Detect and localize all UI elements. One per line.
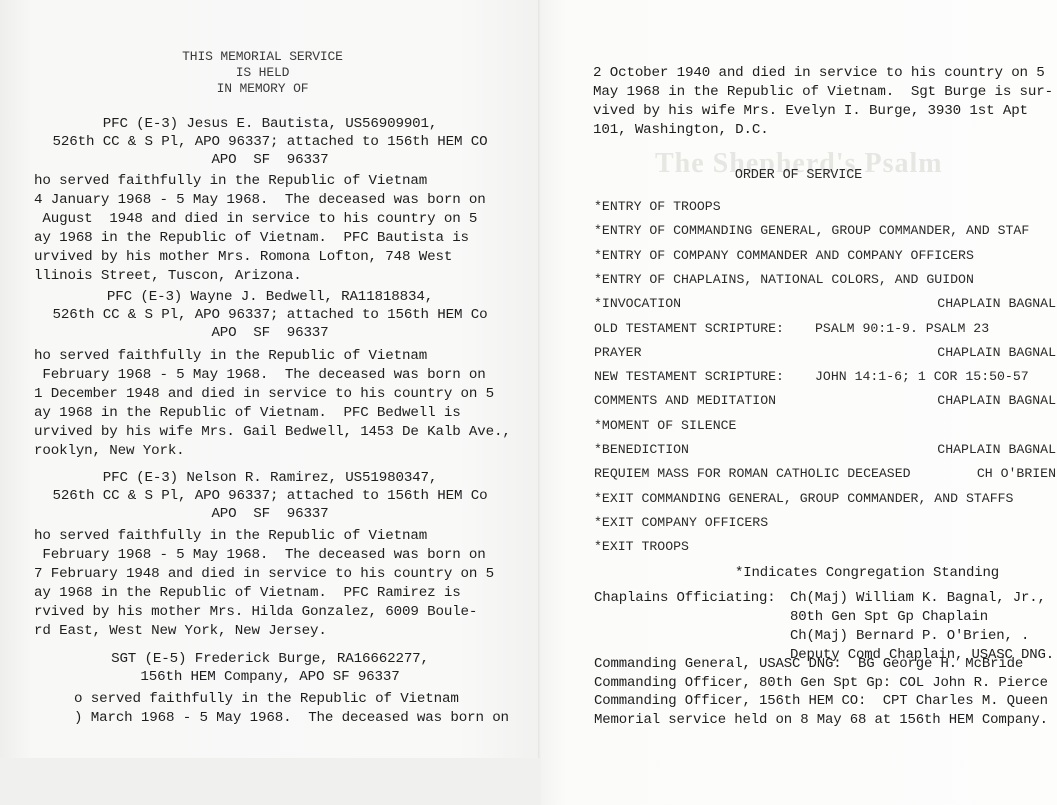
chaplain-line: Ch(Maj) William K. Bagnal, Jr., xyxy=(790,589,1046,608)
service-item-label: *EXIT COMPANY OFFICERS xyxy=(594,515,768,530)
service-item-label: COMMENTS AND MEDITATION xyxy=(594,393,776,408)
service-item-label: NEW TESTAMENT SCRIPTURE: xyxy=(594,369,784,384)
honoree-body-line: ) March 1968 - 5 May 1968. The deceased … xyxy=(74,709,509,728)
officiant: CHAPLAIN BAGNAL xyxy=(937,296,1056,311)
service-item-label: *ENTRY OF TROOPS xyxy=(594,199,721,214)
honoree-body-line: ay 1968 in the Republic of Vietnam. PFC … xyxy=(34,584,461,603)
memorial-header-line-3: IN MEMORY OF xyxy=(0,81,525,97)
honoree-body-line: llinois Street, Tuscon, Arizona. xyxy=(34,267,302,286)
honoree-heading-line: PFC (E-3) Wayne J. Bedwell, RA11818834, xyxy=(0,288,540,307)
honoree-body-line: 7 February 1948 and died in service to h… xyxy=(34,565,494,584)
page-shadow xyxy=(0,758,540,805)
scripture-reference: PSALM 90:1-9. PSALM 23 xyxy=(815,321,989,336)
standing-note: *Indicates Congregation Standing xyxy=(735,564,999,583)
continuation-line: 2 October 1940 and died in service to hi… xyxy=(593,64,1045,83)
honoree-body-line: rooklyn, New York. xyxy=(34,442,185,461)
honoree-heading-line: 526th CC & S Pl, APO 96337; attached to … xyxy=(0,306,540,325)
honoree-body-line: August 1948 and died in service to his c… xyxy=(34,210,477,229)
honoree-body-line: rvived by his mother Mrs. Hilda Gonzalez… xyxy=(34,603,477,622)
order-of-service-item: *BENEDICTIONCHAPLAIN BAGNAL xyxy=(594,442,1056,461)
service-item-label: *BENEDICTION xyxy=(594,442,689,457)
officiant: CHAPLAIN BAGNAL xyxy=(937,393,1056,408)
order-of-service-item: OLD TESTAMENT SCRIPTURE:PSALM 90:1-9. PS… xyxy=(594,321,1056,340)
order-of-service-item: COMMENTS AND MEDITATIONCHAPLAIN BAGNAL xyxy=(594,393,1056,412)
honoree-heading-line: APO SF 96337 xyxy=(0,324,540,343)
order-of-service-item: REQUIEM MASS FOR ROMAN CATHOLIC DECEASED… xyxy=(594,466,1056,485)
honoree-body-line: urvived by his mother Mrs. Romona Lofton… xyxy=(34,248,452,267)
order-of-service-item: *EXIT COMMANDING GENERAL, GROUP COMMANDE… xyxy=(594,491,1056,510)
service-item-label: *ENTRY OF CHAPLAINS, NATIONAL COLORS, AN… xyxy=(594,272,974,287)
service-item-label: *ENTRY OF COMMANDING GENERAL, GROUP COMM… xyxy=(594,223,1029,238)
memorial-header-line-2: IS HELD xyxy=(0,65,525,81)
honoree-body-line: ho served faithfully in the Republic of … xyxy=(34,172,427,191)
service-item-label: REQUIEM MASS FOR ROMAN CATHOLIC DECEASED xyxy=(594,466,911,481)
chaplains-label: Chaplains Officiating: xyxy=(594,589,776,608)
honoree-heading-line: PFC (E-3) Nelson R. Ramirez, US51980347, xyxy=(0,469,540,488)
officiant: CH O'BRIEN xyxy=(977,466,1056,481)
order-of-service-title: ORDER OF SERVICE xyxy=(540,166,1057,185)
order-of-service-item: *INVOCATIONCHAPLAIN BAGNAL xyxy=(594,296,1056,315)
honoree-heading-line: APO SF 96337 xyxy=(0,151,540,170)
order-of-service-item: *EXIT COMPANY OFFICERS xyxy=(594,515,1056,534)
service-item-label: *INVOCATION xyxy=(594,296,681,311)
honoree-heading-line: APO SF 96337 xyxy=(0,505,540,524)
honoree-heading-line: 526th CC & S Pl, APO 96337; attached to … xyxy=(0,133,540,152)
chaplain-line: 80th Gen Spt Gp Chaplain xyxy=(790,608,988,627)
honoree-body-line: o served faithfully in the Republic of V… xyxy=(74,690,459,709)
chaplain-line: Ch(Maj) Bernard P. O'Brien, . xyxy=(790,627,1029,646)
order-of-service-item: PRAYERCHAPLAIN BAGNAL xyxy=(594,345,1056,364)
command-line: Commanding Officer, 156th HEM CO: CPT Ch… xyxy=(594,692,1048,711)
honoree-heading-line: 526th CC & S Pl, APO 96337; attached to … xyxy=(0,487,540,506)
service-item-label: PRAYER xyxy=(594,345,641,360)
command-line: Commanding Officer, 80th Gen Spt Gp: COL… xyxy=(594,674,1048,693)
footer-note: Memorial service held on 8 May 68 at 156… xyxy=(594,711,1048,730)
honoree-body-line: ay 1968 in the Republic of Vietnam. PFC … xyxy=(34,229,469,248)
honoree-body-line: ho served faithfully in the Republic of … xyxy=(34,527,427,546)
honoree-heading-line: PFC (E-3) Jesus E. Bautista, US56909901, xyxy=(0,115,540,134)
service-item-label: *MOMENT OF SILENCE xyxy=(594,418,736,433)
honoree-body-line: February 1968 - 5 May 1968. The deceased… xyxy=(34,366,486,385)
order-of-service-item: NEW TESTAMENT SCRIPTURE:JOHN 14:1-6; 1 C… xyxy=(594,369,1056,388)
order-of-service-item: *ENTRY OF TROOPS xyxy=(594,199,1056,218)
honoree-body-line: ay 1968 in the Republic of Vietnam. PFC … xyxy=(34,404,461,423)
continuation-line: 101, Washington, D.C. xyxy=(593,121,769,140)
honoree-body-line: 1 December 1948 and died in service to h… xyxy=(34,385,494,404)
order-of-service-item: *ENTRY OF COMMANDING GENERAL, GROUP COMM… xyxy=(594,223,1056,242)
honoree-body-line: February 1968 - 5 May 1968. The deceased… xyxy=(34,546,486,565)
order-of-service-item: *ENTRY OF COMPANY COMMANDER AND COMPANY … xyxy=(594,248,1056,267)
service-item-label: *ENTRY OF COMPANY COMMANDER AND COMPANY … xyxy=(594,248,974,263)
honoree-heading-line: SGT (E-5) Frederick Burge, RA16662277, xyxy=(0,650,540,669)
officiant: CHAPLAIN BAGNAL xyxy=(937,345,1056,360)
honoree-body-line: urvived by his wife Mrs. Gail Bedwell, 1… xyxy=(34,423,511,442)
service-item-label: *EXIT COMMANDING GENERAL, GROUP COMMANDE… xyxy=(594,491,1013,506)
officiant: CHAPLAIN BAGNAL xyxy=(937,442,1056,457)
memorial-header-line-1: THIS MEMORIAL SERVICE xyxy=(0,49,525,65)
service-item-label: *EXIT TROOPS xyxy=(594,539,689,554)
command-line: Commanding General, USASC DNG: BG George… xyxy=(594,655,1023,674)
order-of-service-item: *ENTRY OF CHAPLAINS, NATIONAL COLORS, AN… xyxy=(594,272,1056,291)
service-item-label: OLD TESTAMENT SCRIPTURE: xyxy=(594,321,784,336)
honoree-body-line: rd East, West New York, New Jersey. xyxy=(34,622,327,641)
order-of-service-item: *MOMENT OF SILENCE xyxy=(594,418,1056,437)
honoree-body-line: 4 January 1968 - 5 May 1968. The decease… xyxy=(34,191,486,210)
continuation-line: vived by his wife Mrs. Evelyn I. Burge, … xyxy=(593,102,1028,121)
honoree-body-line: ho served faithfully in the Republic of … xyxy=(34,347,427,366)
order-of-service-item: *EXIT TROOPS xyxy=(594,539,1056,558)
honoree-heading-line: 156th HEM Company, APO SF 96337 xyxy=(0,668,540,687)
scripture-reference: JOHN 14:1-6; 1 COR 15:50-57 xyxy=(815,369,1029,384)
continuation-line: May 1968 in the Republic of Vietnam. Sgt… xyxy=(593,83,1053,102)
